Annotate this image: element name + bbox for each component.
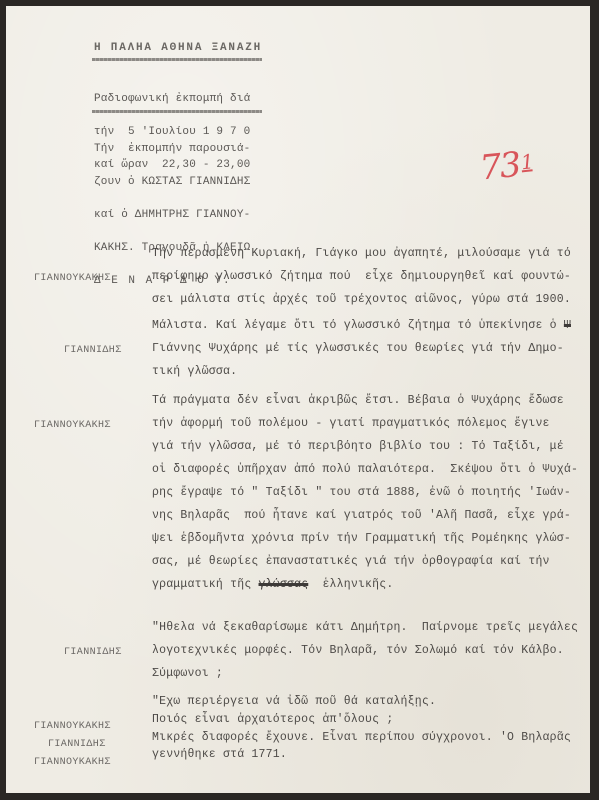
dialogue-line: σει μάλιστα στίς ἀρχές τοῦ τρέχοντος αἰῶ… — [152, 293, 571, 306]
speaker-name: ΓΙΑΝΝΟΥΚΑΚΗΣ — [34, 273, 111, 284]
dialogue-line: ρης ἔγραψε τό " Ταξίδι " του στά 1888, ἐ… — [152, 486, 571, 499]
divider-rule — [92, 58, 262, 61]
divider-rule — [92, 110, 262, 113]
presenters-info-line: Τήν ἐκπομπήν παρουσιά- — [94, 144, 250, 155]
document-page: Η ΠΑΛΗΑ ΑΘΗΝΑ ΞΑΝΑΖΗ Ραδιοφωνική ἐκπομπή… — [6, 6, 590, 793]
dialogue-line: Μικρές διαφορές ἔχουνε. Εἶναι περίπου σύ… — [152, 731, 571, 744]
dialogue-line: περίφημο γλωσσικό ζήτημα πού εἶχε δημιου… — [152, 270, 571, 283]
dialogue-line: "Ηθελα νά ξεκαθαρίσωμε κάτι Δημήτρη. Παί… — [152, 621, 578, 634]
page-number-suffix: 1 — [520, 149, 533, 174]
line-text: Μάλιστα. Καί λέγαμε ὅτι τό γλωσσικό ζήτη… — [152, 319, 557, 332]
dialogue-line: Σύμφωνοι ; — [152, 667, 223, 680]
dialogue-line: οἱ διαφορές ὑπῆρχαν ἀπό πολύ παλαιότερα.… — [152, 463, 578, 476]
struck-text: γλώσσας — [259, 578, 309, 591]
page-number-value: 73 — [478, 145, 521, 189]
dialogue-line: Ποιός εἶναι ἀρχαιότερος ἀπ'ὅλους ; — [152, 713, 393, 726]
dialogue-line: τική γλῶσσα. — [152, 365, 237, 378]
dialogue-entry: ΓΙΑΝΝΟΥΚΑΚΗΣ Τά πράγματα δέν εἶναι ἀκριβ… — [6, 394, 590, 550]
speaker-name: ΓΙΑΝΝΙΔΗΣ — [64, 647, 122, 658]
dialogue-entry: ΓΙΑΝΝΙΔΗΣ Μάλιστα. Καί λέγαμε ὅτι τό γλω… — [6, 319, 590, 397]
dialogue-line: γεννήθηκε στά 1771. — [152, 748, 287, 761]
dialogue-entry: ΓΙΑΝΝΙΔΗΣ "Ηθελα νά ξεκαθαρίσωμε κάτι Δη… — [6, 621, 590, 699]
presenters-info-line: ζουν ὁ ΚΩΣΤΑΣ ΓΙΑΝΝΙΔΗΣ — [94, 177, 250, 188]
dialogue-line: "Εχω περιέργεια νά ἰδῶ ποῦ θά καταλήξῃς. — [152, 695, 436, 708]
presenters-info-line: καί ὁ ΔΗΜΗΤΡΗΣ ΓΙΑΝΝΟΥ- — [94, 210, 250, 221]
dialogue-line: Γιάννης Ψυχάρης μέ τίς γλωσσικές του θεω… — [152, 342, 564, 355]
dialogue-line: τήν ἀφορμή τοῦ πολέμου - γιατί πραγματικ… — [152, 417, 550, 430]
dialogue-line: Τήν περασμένη Κυριακή, Γιάγκο μου ἀγαπητ… — [152, 247, 571, 260]
handwritten-page-number: 731 — [478, 143, 534, 188]
speaker-name: ΓΙΑΝΝΟΥΚΑΚΗΣ — [34, 420, 111, 431]
programme-title: Η ΠΑΛΗΑ ΑΘΗΝΑ ΞΑΝΑΖΗ — [94, 42, 262, 54]
dialogue-line: σας, μέ θεωρίες ἐπαναστατικές γιά τήν ὀρ… — [152, 555, 550, 568]
dialogue-line: λογοτεχνικές μορφές. Τόν Βηλαρᾶ, τόν Σολ… — [152, 644, 564, 657]
struck-text: Ψ — [564, 319, 571, 332]
broadcast-info-line: Ραδιοφωνική ἐκπομπή διά — [94, 94, 250, 105]
speaker-name: ΓΙΑΝΝΟΥΚΑΚΗΣ — [34, 757, 111, 768]
dialogue-line: Τά πράγματα δέν εἶναι ἀκριβῶς ἔτσι. Βέβα… — [152, 394, 564, 407]
dialogue-line: ψει ἑβδομῆντα χρόνια πρίν τήν Γραμματική… — [152, 532, 571, 545]
dialogue-line: γιά τήν γλῶσσα, μέ τό περιβόητο βιβλίο τ… — [152, 440, 564, 453]
dialogue-entry: ΓΙΑΝΝΟΥΚΑΚΗΣ Μικρές διαφορές ἔχουνε. Εἶν… — [6, 731, 590, 796]
dialogue-line: Μάλιστα. Καί λέγαμε ὅτι τό γλωσσικό ζήτη… — [152, 319, 571, 332]
dialogue-line: γραμματική τῆς γλώσσας ἑλληνικῆς. — [152, 578, 393, 591]
line-text: γραμματική τῆς — [152, 578, 251, 591]
line-text: ἑλληνικῆς. — [322, 578, 393, 591]
speaker-name: ΓΙΑΝΝΙΔΗΣ — [64, 345, 122, 356]
dialogue-line: νης Βηλαρᾶς πού ἦτανε καί γιατρός τοῦ 'Α… — [152, 509, 571, 522]
dialogue-entry: ΓΙΑΝΝΟΥΚΑΚΗΣ Τήν περασμένη Κυριακή, Γιάγ… — [6, 247, 590, 325]
